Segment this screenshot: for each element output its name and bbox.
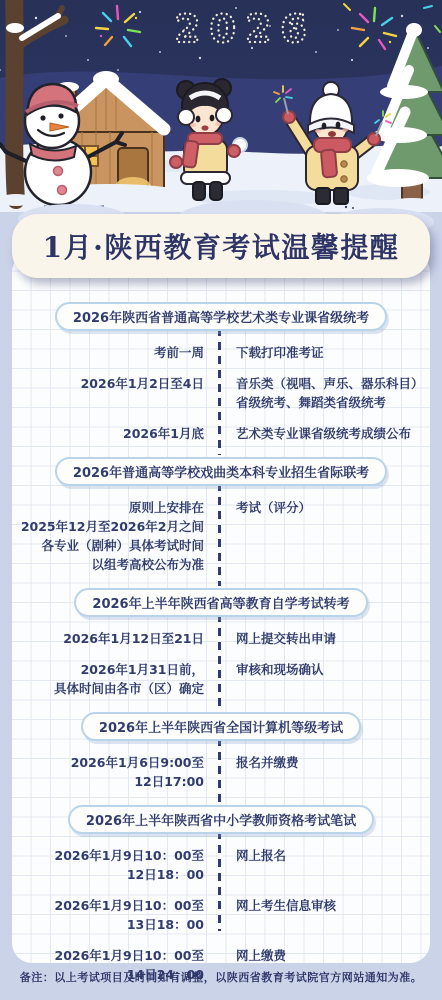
dashed-divider — [218, 483, 221, 586]
exam-date: 原则上安排在 2025年12月至2026年2月之间 各专业（剧种）具体考试时间 … — [12, 498, 204, 574]
section-header-pill: 2026年普通高等学校戏曲类本科专业招生省际联考 — [55, 457, 387, 486]
section-computer-rank-exam: 2026年上半年陕西省全国计算机等级考试 2026年1月6日9:00至 12日1… — [12, 712, 430, 791]
winter-scene-illustration: 2026 — [0, 0, 442, 212]
mitten — [283, 111, 295, 123]
schedule-row: 2026年1月9日10：00至 13日18：00 网上考生信息审核 — [12, 896, 430, 934]
earmuff — [178, 109, 194, 125]
exam-date: 2026年1月6日9:00至 12日17:00 — [12, 753, 204, 791]
exam-event: 考试（评分） — [236, 498, 430, 574]
exam-date: 2026年1月9日10：00至 12日18：00 — [12, 846, 204, 884]
dashed-divider — [218, 328, 221, 455]
schedule-row: 2026年1月12日至21日 网上提交转出申请 — [12, 629, 430, 648]
schedule-card: 2026年陕西省普通高等学校艺术类专业课省级统考 考前一周 下载打印准考证 20… — [12, 252, 430, 963]
earmuff — [216, 107, 232, 123]
title-banner: 1月·陕西教育考试温馨提醒 — [12, 214, 430, 278]
mitten — [170, 156, 182, 168]
exam-event: 下载打印准考证 — [236, 343, 430, 362]
exam-date: 2026年1月底 — [12, 424, 204, 443]
dashed-divider — [218, 738, 221, 803]
exam-date: 2026年1月31日前， 具体时间由各市（区）确定 — [12, 660, 204, 698]
fur-hem — [181, 172, 230, 184]
schedule-row: 2026年1月2日至4日 音乐类（视唱、声乐、器乐科目） 省级统考、舞蹈类省级统… — [12, 374, 430, 412]
section-self-study-transfer: 2026年上半年陕西省高等教育自学考试转考 2026年1月12日至21日 网上提… — [12, 588, 430, 698]
exam-event: 审核和现场确认 — [236, 660, 430, 698]
schedule-row: 原则上安排在 2025年12月至2026年2月之间 各专业（剧种）具体考试时间 … — [12, 498, 430, 574]
exam-event: 网上报名 — [236, 846, 430, 884]
mitten — [228, 145, 240, 157]
section-header-pill: 2026年陕西省普通高等学校艺术类专业课省级统考 — [55, 302, 387, 331]
dashed-divider — [218, 831, 221, 931]
schedule-row: 2026年1月底 艺术类专业课省级统考成绩公布 — [12, 424, 430, 443]
schedule-row: 2026年1月6日9:00至 12日17:00 报名并缴费 — [12, 753, 430, 791]
poster-page: 2026 — [0, 0, 442, 1000]
section-header-pill: 2026年上半年陕西省高等教育自学考试转考 — [74, 588, 367, 617]
exam-event: 艺术类专业课省级统考成绩公布 — [236, 424, 430, 443]
page-title: 1月·陕西教育考试温馨提醒 — [43, 226, 400, 266]
section-opera-exam: 2026年普通高等学校戏曲类本科专业招生省际联考 原则上安排在 2025年12月… — [12, 457, 430, 574]
section-header-pill: 2026年上半年陕西省全国计算机等级考试 — [81, 712, 361, 741]
schedule-row: 2026年1月9日10：00至 12日18：00 网上报名 — [12, 846, 430, 884]
mitten — [368, 133, 380, 145]
exam-date: 考前一周 — [12, 343, 204, 362]
section-header-pill: 2026年上半年陕西省中小学教师资格考试笔试 — [68, 805, 374, 834]
schedule-row: 2026年1月31日前， 具体时间由各市（区）确定 审核和现场确认 — [12, 660, 430, 698]
exam-date: 2026年1月9日10：00至 13日18：00 — [12, 896, 204, 934]
section-art-exam: 2026年陕西省普通高等学校艺术类专业课省级统考 考前一周 下载打印准考证 20… — [12, 302, 430, 443]
exam-event: 网上提交转出申请 — [236, 629, 430, 648]
exam-event: 网上考生信息审核 — [236, 896, 430, 934]
schedule-row: 考前一周 下载打印准考证 — [12, 343, 430, 362]
exam-event: 报名并缴费 — [236, 753, 430, 791]
exam-date: 2026年1月2日至4日 — [12, 374, 204, 412]
dashed-divider — [218, 614, 221, 710]
exam-date: 2026年1月12日至21日 — [12, 629, 204, 648]
section-teacher-qualification-exam: 2026年上半年陕西省中小学教师资格考试笔试 2026年1月9日10：00至 1… — [12, 805, 430, 984]
footer-note: 备注：以上考试项目及时间如有调整，以陕西省教育考试院官方网站通知为准。 — [0, 969, 442, 985]
exam-event: 音乐类（视唱、声乐、器乐科目） 省级统考、舞蹈类省级统考 — [236, 374, 430, 412]
year-2026-lights: 2026 — [174, 7, 316, 51]
